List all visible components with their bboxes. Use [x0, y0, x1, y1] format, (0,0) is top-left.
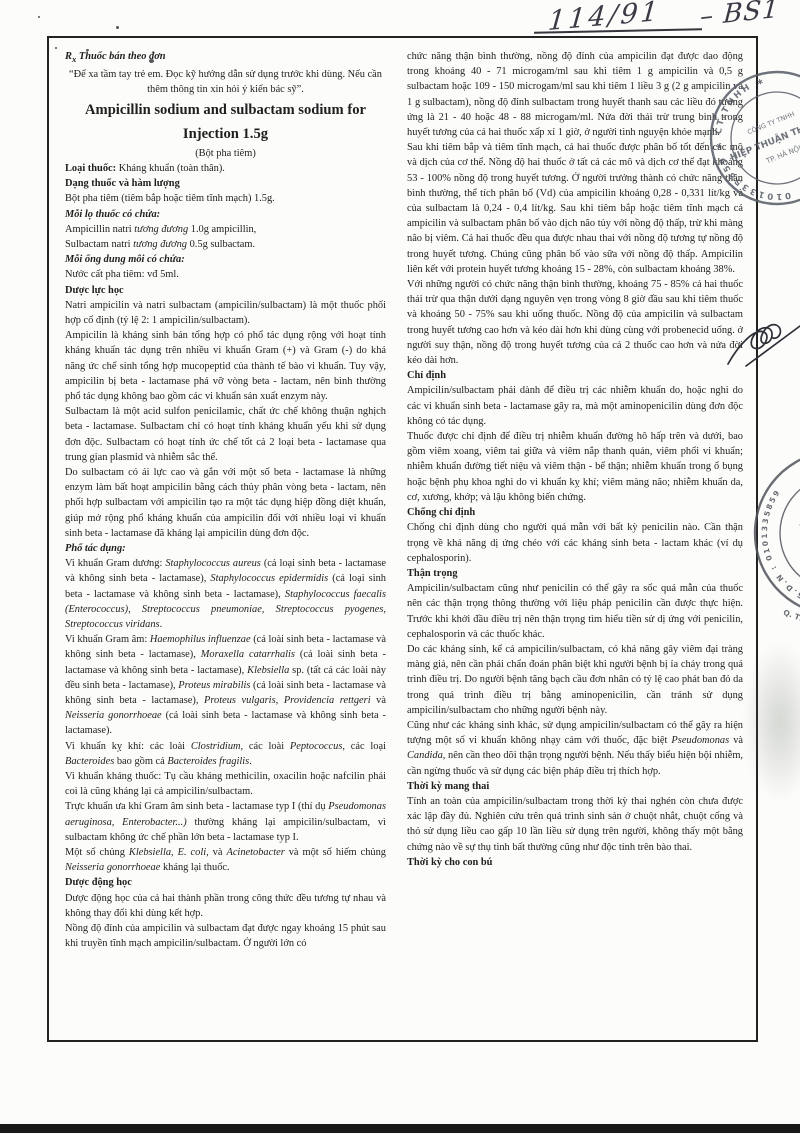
stamp-rim-bottom: Q. THANH XUÂN — [782, 608, 800, 638]
paragraph: Trực khuẩn ưa khí Gram âm sinh beta - la… — [65, 799, 386, 845]
signature-loops — [728, 325, 780, 364]
paragraph: Nồng độ đỉnh của ampicilin và sulbactam … — [65, 921, 386, 951]
paragraph: Vi khuẩn Gram dương: Staphylococcus aure… — [65, 556, 386, 632]
paragraph: Do sulbactam có ái lực cao và gắn với mộ… — [65, 465, 386, 541]
company-round-stamp-edge: M.S.D.N : 0101335859 Q. THANH XUÂN CÔNG … — [742, 438, 800, 638]
paragraph: Ampicilin là kháng sinh bán tổng hợp có … — [65, 328, 386, 404]
paragraph: Vi khuẩn Gram âm: Haemophilus influenzae… — [65, 632, 386, 738]
section-heading: Phổ tác dụng: — [65, 541, 386, 556]
paragraph: Dược động học của cả hai thành phần tron… — [65, 891, 386, 921]
handwritten-code: – BS1 — [699, 0, 780, 32]
paragraph: Vi khuẩn kỵ khí: các loài Clostridium, c… — [65, 739, 386, 769]
company-round-stamp-top: 0101335859 ∗ CT.TNHH ∗ CÔNG TY TNHH HIỆP… — [685, 64, 800, 219]
paragraph: Ampicilin/sulbactam phải dành để điều tr… — [407, 383, 743, 429]
section-heading: Mỗi lọ thuốc có chứa: — [65, 207, 386, 222]
section-heading: Mỗi ống dung môi có chứa: — [65, 252, 386, 267]
paragraph: Với những người có chức năng thận bình t… — [407, 277, 743, 368]
paragraph: Ampicilin/sulbactam cũng như penicilin c… — [407, 581, 743, 642]
paragraph: Cũng như các kháng sinh khác, sử dụng am… — [407, 718, 743, 779]
section-heading: Thời kỳ cho con bú — [407, 855, 743, 870]
left-column: Rx Thuốc bán theo đơn“Để xa tầm tay trẻ … — [65, 49, 386, 951]
paragraph: Chống chỉ định dùng cho người quá mẫn vớ… — [407, 520, 743, 566]
paragraph: Ampicillin natri tương đương 1.0g ampici… — [65, 222, 386, 237]
section-heading: Dạng thuốc và hàm lượng — [65, 176, 386, 191]
paragraph: Natri ampicilin và natri sulbactam (ampi… — [65, 298, 386, 328]
paragraph: Loại thuốc: Kháng khuẩn (toàn thân). — [65, 161, 386, 176]
paragraph: Nước cất pha tiêm: vđ 5ml. — [65, 267, 386, 282]
paragraph: Bột pha tiêm (tiêm bắp hoặc tiêm tĩnh mạ… — [65, 191, 386, 206]
paragraph: Do các kháng sinh, kể cả ampicilin/sulba… — [407, 642, 743, 718]
dust-speck — [38, 16, 40, 18]
scanned-document-page: 114/91 – BS1 Rx Thuốc bán theo đơn“Để xa… — [0, 0, 800, 1134]
scanner-edge-band — [0, 1124, 800, 1133]
dust-speck — [116, 26, 119, 29]
paragraph: Thuốc được chỉ định để điều trị nhiễm kh… — [407, 429, 743, 505]
paragraph: Tính an toàn của ampicilin/sulbactam tro… — [407, 794, 743, 855]
section-heading: Thận trọng — [407, 566, 743, 581]
signature-tail — [746, 326, 800, 366]
document-border-box: Rx Thuốc bán theo đơn“Để xa tầm tay trẻ … — [47, 36, 758, 1042]
section-heading: Chống chỉ định — [407, 505, 743, 520]
section-heading: Chỉ định — [407, 368, 743, 383]
drug-title: Ampicillin sodium and sulbactam sodium f… — [65, 98, 386, 146]
paragraph: Sulbactam natri tương đương 0.5g sulbact… — [65, 237, 386, 252]
paragraph: Một số chủng Klebsiella, E. coli, và Aci… — [65, 845, 386, 875]
paragraph: Sulbactam là một acid sulfon penicilamic… — [65, 404, 386, 465]
paragraph: “Để xa tầm tay trẻ em. Đọc kỹ hướng dẫn … — [65, 67, 386, 97]
paragraph: (Bột pha tiêm) — [65, 146, 386, 161]
stamp-outer-ring — [744, 440, 800, 625]
paragraph: Vi khuẩn kháng thuốc: Tụ cầu kháng methi… — [65, 769, 386, 799]
paragraph: Rx Thuốc bán theo đơn — [65, 49, 386, 67]
section-heading: Thời kỳ mang thai — [407, 779, 743, 794]
section-heading: Dược động học — [65, 875, 386, 890]
section-heading: Dược lực học — [65, 283, 386, 298]
